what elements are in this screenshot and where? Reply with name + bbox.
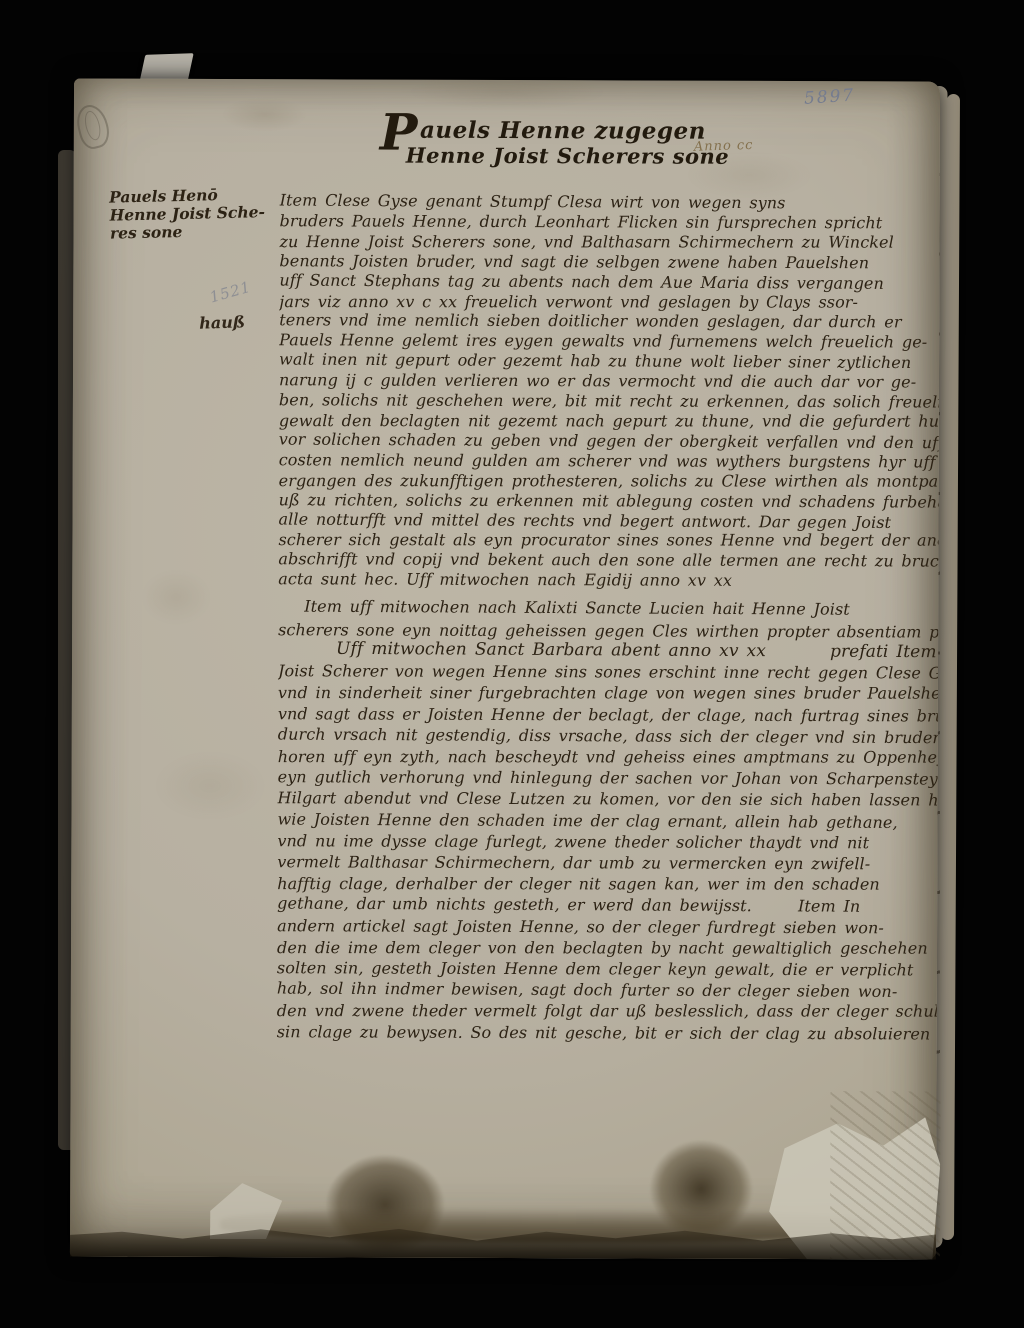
text-line: hafftig clage, derhalber der cleger nit … (277, 873, 937, 895)
text-line: andern artickel sagt Joisten Henne, so d… (277, 915, 937, 939)
text-line: abschrifft vnd copij vnd bekent auch den… (278, 550, 938, 572)
text-line: Joist Scherer von wegen Henne sins sones… (278, 660, 938, 684)
text-line: acta sunt hec. Uff mitwochen nach Egidij… (278, 569, 938, 591)
text-line: ergangen des zukunfftigen prothesteren, … (279, 471, 939, 491)
text-line: vnd sagt dass er Joisten Henne der becla… (278, 703, 938, 727)
text-line: hab, sol ihn indmer bewisen, sagt doch f… (277, 978, 937, 1003)
text-line: zu Henne Joist Scherers sone, vnd Baltha… (279, 232, 939, 252)
manuscript-photograph: 5897 Anno cc Pauels Henne zugegen Henne … (0, 0, 1024, 1328)
text-line: vor solichen schaden zu geben vnd gegen … (279, 429, 939, 453)
text-line: res sone (110, 221, 266, 243)
repair-patch-left (210, 1169, 290, 1239)
text-line: Henne Joist Sche- (109, 203, 265, 225)
text-line: eyn gutlich verhorung vnd hinlegung der … (278, 766, 938, 790)
text-line: vermelt Balthasar Schirmechern, dar umb … (277, 851, 937, 875)
text-line: alle notturfft vnd mittel des rechts vnd… (278, 509, 938, 533)
text-line: teners vnd ime nemlich sieben doitlicher… (279, 311, 939, 333)
text-line: narung ij c gulden verlieren wo er das v… (279, 370, 939, 392)
text-line: benants Joisten bruder, vnd sagt die sel… (279, 251, 939, 273)
margin-keyword: hauß (199, 312, 245, 332)
text-line: jars viz anno xv c xx freuelich verwont … (279, 292, 939, 312)
text-line: Uff mitwochen Sanct Barbara abent anno x… (278, 639, 938, 664)
corner-scribble (73, 102, 113, 152)
text-line: sin clage zu bewysen. So des nit gesche,… (277, 1021, 937, 1045)
margin-party-names: Pauels HenōHenne Joist Sche-res sone (109, 185, 266, 243)
text-line: Item uff mitwochen nach Kalixti Sancte L… (278, 595, 938, 622)
text-line: uß zu richten, solichs zu erkennen mit a… (279, 490, 939, 512)
text-line: scherer sich gestalt als eyn procurator … (278, 530, 938, 550)
text-line: ben, solichs nit geschehen were, bit mit… (279, 390, 939, 412)
text-line: gethane, dar umb nichts gesteth, er werd… (277, 893, 937, 918)
text-line: costen nemlich neund gulden am scherer v… (279, 450, 939, 472)
text-line: vnd nu ime dysse clage furlegt, zwene th… (277, 830, 937, 854)
text-line: Item Clese Gyse genant Stumpf Clesa wirt… (280, 191, 940, 215)
paragraph-answer: Uff mitwochen Sanct Barbara abent anno x… (277, 639, 938, 1044)
text-line: den vnd zwene theder vermelt folgt dar u… (277, 1001, 937, 1023)
margin-pencil-year: 1521 (208, 278, 253, 307)
heading-line-2: Henne Joist Scherers sone (406, 144, 729, 169)
text-line: Hilgart abendut vnd Clese Lutzen zu kome… (278, 788, 938, 812)
text-line: gewalt den beclagten nit gezemt nach gep… (279, 411, 939, 431)
page-heading: Pauels Henne zugegen Henne Joist Scherer… (380, 118, 730, 169)
text-line: durch vrsach nit gestendig, diss vrsache… (278, 723, 938, 748)
text-line: den die ime dem cleger von den beclagten… (277, 937, 937, 959)
text-line: bruders Pauels Henne, durch Leonhart Fli… (280, 211, 940, 233)
ragged-bottom-edge (70, 1208, 936, 1259)
text-line: walt inen nit gepurt oder gezemt hab zu … (279, 350, 939, 374)
text-line: vnd in sinderheit siner furgebrachten cl… (278, 682, 938, 704)
manuscript-page: 5897 Anno cc Pauels Henne zugegen Henne … (70, 78, 940, 1259)
archival-number: 5897 (803, 85, 855, 108)
heading-line-1-text: auels Henne zugegen (420, 117, 706, 145)
paragraph-noittag: Item uff mitwochen nach Kalixti Sancte L… (278, 595, 938, 643)
corner-creases (830, 1091, 941, 1259)
main-text-block: Item Clese Gyse genant Stumpf Clesa wirt… (280, 79, 940, 81)
text-line: uff Sanct Stephans tag zu abents nach de… (279, 270, 939, 294)
paragraph-complaint: Item Clese Gyse genant Stumpf Clesa wirt… (278, 191, 939, 591)
text-line: wie Joisten Henne den schaden ime der cl… (277, 808, 937, 833)
heading-line-1: Pauels Henne zugegen (380, 118, 729, 145)
text-line: horen uff eyn zyth, nach bescheydt vnd g… (278, 746, 938, 768)
